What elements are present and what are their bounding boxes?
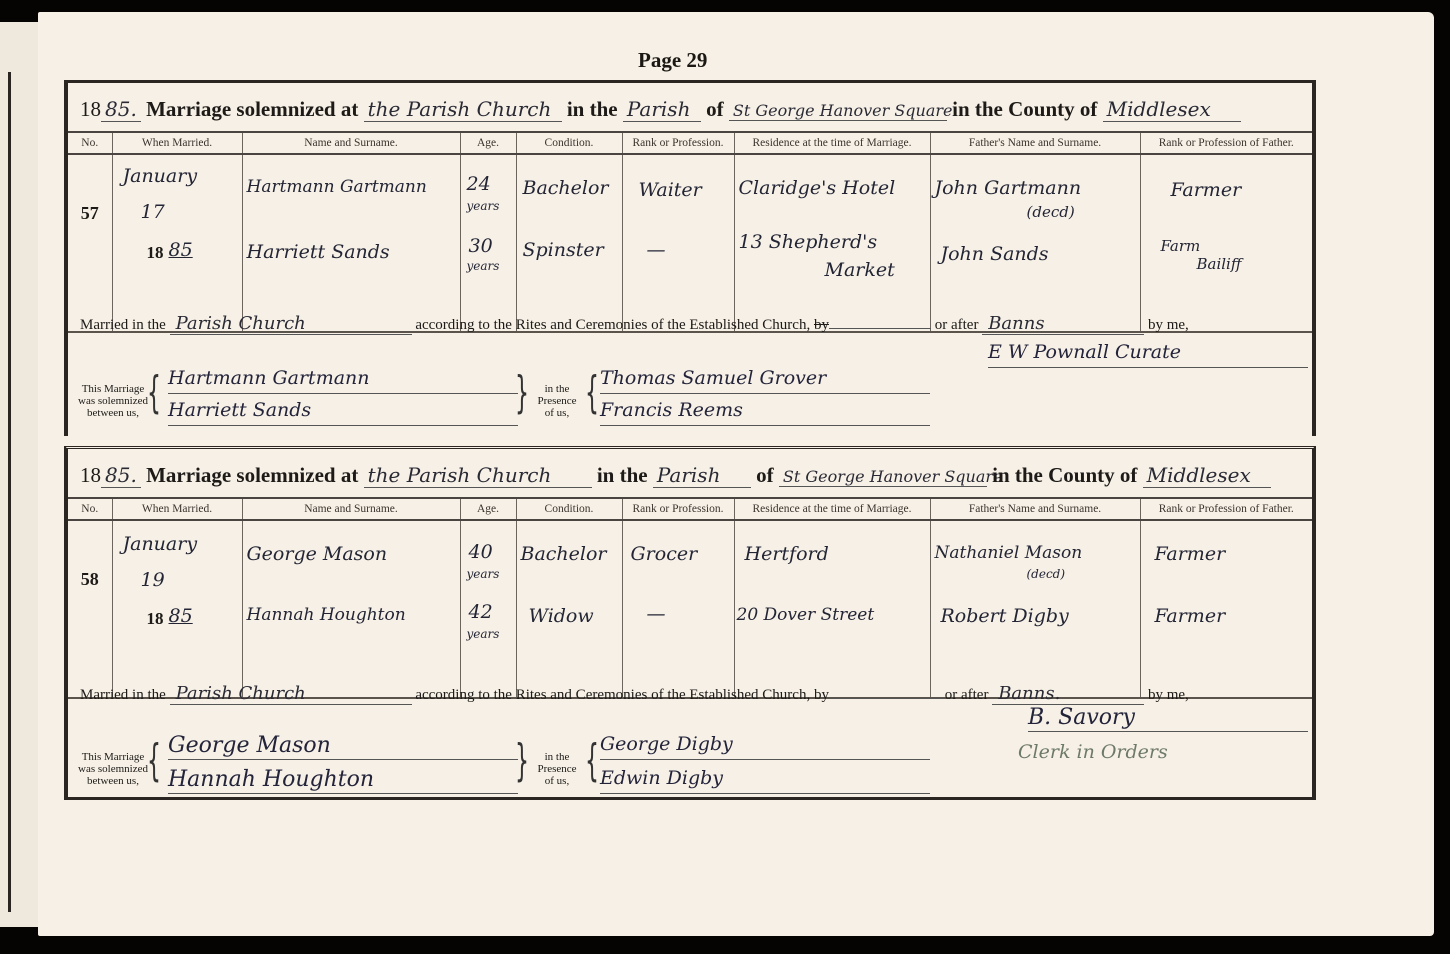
district-type: Parish [653, 463, 751, 488]
groom-name: George Mason [247, 543, 388, 565]
married-in-line: Married in the Parish Church according t… [80, 313, 1189, 335]
entry-header: 1885. Marriage solemnized at the Parish … [80, 463, 1271, 488]
place-of-marriage: the Parish Church [364, 463, 592, 488]
residences: Hertford 20 Dover Street [734, 520, 930, 698]
fathers: Nathaniel Mason (decd) Robert Digby [930, 520, 1140, 698]
entry-year: 85. [101, 97, 141, 122]
table-header-row: No.When Married.Name and Surname.Age.Con… [68, 498, 1312, 520]
when-married: January 19 1885 [112, 520, 242, 698]
professions: Waiter — [622, 154, 734, 332]
professions: Grocer — [622, 520, 734, 698]
district-name: St George Hanover Square [779, 467, 987, 487]
presence-label: in thePresenceof us, [532, 751, 582, 787]
ages: 24 years 30 years [460, 154, 516, 332]
conditions: Bachelor Widow [516, 520, 622, 698]
presence-label: in thePresenceof us, [532, 383, 582, 419]
entry-header: 1885. Marriage solemnized at the Parish … [80, 97, 1241, 122]
table-header-row: No.When Married.Name and Surname.Age.Con… [68, 132, 1312, 154]
bride-name: Hannah Houghton [247, 605, 406, 625]
banns: Banns. [992, 683, 1144, 705]
groom-signature: Hartmann Gartmann [168, 367, 518, 394]
entry-number: 58 [68, 520, 112, 698]
bride-name: Harriett Sands [247, 241, 390, 263]
table-row: 57 January 17 1885 Hartmann Gartmann Har… [68, 154, 1312, 332]
marriage-entry-58: 1885. Marriage solemnized at the Parish … [64, 446, 1316, 800]
page-number: Page 29 [638, 48, 707, 73]
officiant-signature: E W Pownall Curate [988, 341, 1308, 368]
witness-1-signature: Thomas Samuel Grover [600, 367, 930, 394]
district-type: Parish [623, 97, 701, 122]
groom-signature: George Mason [168, 733, 518, 760]
fathers-professions: Farmer Farm Bailiff [1140, 154, 1312, 332]
officiant-title: Clerk in Orders [1018, 741, 1318, 767]
marriage-entry-57: 1885. Marriage solemnized at the Parish … [64, 80, 1316, 436]
fathers-professions: Farmer Farmer [1140, 520, 1312, 698]
when-married: January 17 1885 [112, 154, 242, 332]
officiant-signature: B. Savory [1028, 705, 1308, 732]
table-row: 58 January 19 1885 George Mason Hannah H… [68, 520, 1312, 698]
county-name: Middlesex [1143, 463, 1271, 488]
register-table: No.When Married.Name and Surname.Age.Con… [68, 131, 1312, 333]
banns: Banns [982, 313, 1144, 335]
bride-signature: Hannah Houghton [168, 767, 518, 794]
entry-number: 57 [68, 154, 112, 332]
fathers: John Gartmann (decd) John Sands [930, 154, 1140, 332]
place-of-marriage: the Parish Church [364, 97, 562, 122]
residences: Claridge's Hotel 13 Shepherd's Market [734, 154, 930, 332]
witness-1-signature: George Digby [600, 733, 930, 760]
witness-2-signature: Francis Reems [600, 399, 930, 426]
this-marriage-label: This Marriagewas solemnizedbetween us, [74, 751, 152, 787]
district-name: St George Hanover Square [729, 101, 947, 121]
previous-page-edge [0, 22, 40, 927]
names: Hartmann Gartmann Harriett Sands [242, 154, 460, 332]
witness-2-signature: Edwin Digby [600, 767, 930, 794]
groom-name: Hartmann Gartmann [247, 177, 427, 197]
ages: 40 years 42 years [460, 520, 516, 698]
bride-signature: Harriett Sands [168, 399, 518, 426]
entry-year: 85. [101, 463, 141, 488]
register-table: No.When Married.Name and Surname.Age.Con… [68, 497, 1312, 699]
this-marriage-label: This Marriagewas solemnizedbetween us, [74, 383, 152, 419]
names: George Mason Hannah Houghton [242, 520, 460, 698]
married-in-line: Married in the Parish Church according t… [80, 683, 1189, 705]
conditions: Bachelor Spinster [516, 154, 622, 332]
county-name: Middlesex [1103, 97, 1241, 122]
